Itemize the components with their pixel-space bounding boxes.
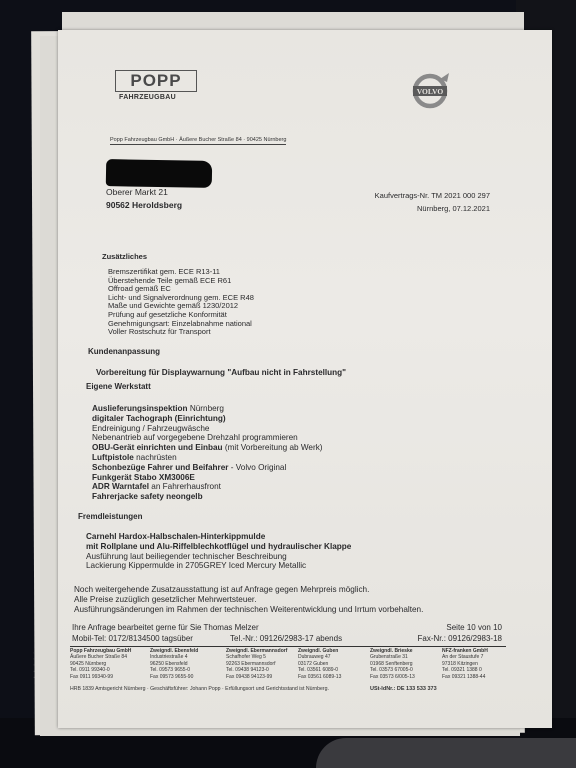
footer-column-line: An der Staustufe 7 [442,654,488,660]
list-item: Fahrerjacke safety neongelb [92,492,323,502]
popp-logo: POPP [115,70,197,92]
footer-column-line: Fax 09573 9655-90 [150,674,198,680]
background-floor [316,738,576,768]
section-title-fremdleistungen: Fremdleistungen [78,512,142,521]
list-item: Ausführung laut beiliegender technischer… [86,552,351,562]
footer-column-line: Fax 09321 1388-44 [442,674,488,680]
fax-number: Fax-Nr.: 09126/2983-18 [418,634,503,643]
place-date: Nürnberg, 07.12.2021 [417,204,490,213]
footer-column-line: Tel. 03573 67005-0 [370,667,415,673]
footer-legal: HRB 1839 Amtsgericht Nürnberg · Geschäft… [70,686,329,692]
list-item: OBU-Gerät einrichten und Einbau (mit Vor… [92,443,323,453]
footer-column-line: Äußere Bucher Straße 84 [70,654,131,660]
footer-column-line: Fax 03573 6/005-13 [370,674,415,680]
footer-column-line: Tel. 03561 6089-0 [298,667,341,673]
list-item: mit Rollplane und Alu-Riffelblechkotflüg… [86,542,351,552]
footer-column: Zweigndl. EbensfeldIndustriestraße 49625… [150,648,198,680]
document-page: ▪ ▪ ▪ ▪ ▪ POPP FAHRZEUGBAU VOLVO Popp Fa… [58,30,552,728]
contract-number: Kaufvertrags-Nr. TM 2021 000 297 [375,191,490,200]
list-item: Auslieferungsinspektion Nürnberg [92,404,323,414]
handled-by: Ihre Anfrage bearbeitet gerne für Sie Th… [72,623,259,632]
section-title-kundenanpassung: Kundenanpassung [88,347,160,356]
list-item: Vorbereitung für Displaywarnung "Aufbau … [96,368,346,378]
svg-text:VOLVO: VOLVO [417,87,444,96]
list-item: Voller Rostschutz für Transport [108,328,254,337]
side-print-mark: ▪ ▪ ▪ ▪ ▪ [31,650,37,679]
footer-column-line: Fax 09438 94123-99 [226,674,287,680]
list-item: Endreinigung / Fahrzeugwäsche [92,424,323,434]
list-item: Nebenantrieb auf vorgegebene Drehzahl pr… [92,433,323,443]
list-item: Ausführungsänderungen im Rahmen der tech… [74,605,423,615]
footer-vat-id: USt-IdNr.: DE 133 533 373 [370,686,437,692]
list-item: Funkgerät Stabo XM3006E [92,473,323,483]
list-item: ADR Warntafel an Fahrerhausfront [92,482,323,492]
footer-column: Zweigndl. GubenDubrauweg 4703172 GubenTe… [298,648,341,680]
popp-logo-subtitle: FAHRZEUGBAU [119,94,176,101]
footer-column: Zweigndl. BrieskeGrubenstraße 3101968 Se… [370,648,415,680]
list-fremdleistungen: Carnehl Hardox-Halbschalen-Hinterkippmul… [86,532,351,571]
footer-column: NFZ-franken GmbHAn der Staustufe 797318 … [442,648,488,680]
list-kundenanpassung: Vorbereitung für Displaywarnung "Aufbau … [96,368,346,378]
contact-block: Ihre Anfrage bearbeitet gerne für Sie Th… [72,623,502,645]
section-title-eigene-werkstatt: Eigene Werkstatt [86,382,151,391]
mobile-phone: Mobil-Tel: 0172/8134500 tagsüber [72,634,193,643]
footer-column-line: Fax 0911 99340-99 [70,674,131,680]
list-zusaetzliches: Bremszertifikat gem. ECE R13-11Überstehe… [108,268,254,337]
list-item: Lackierung Kippermulde in 2705GREY Iced … [86,561,351,571]
redacted-recipient-name [106,159,212,188]
footer-column: Zweigndl. EbermannsdorfSchafhofer Weg 59… [226,648,287,680]
page-number: Seite 10 von 10 [446,623,502,632]
footer-column-line: Tel. 09321 1388 0 [442,667,488,673]
list-item: Luftpistole nachrüsten [92,453,323,463]
list-item: Alle Preise zuzüglich gesetzlicher Mehrw… [74,595,423,605]
recipient-street: Oberer Markt 21 [106,187,168,197]
section-title-zusaetzliches: Zusätzliches [102,252,147,261]
phone-number: Tel.-Nr.: 09126/2983-17 abends [230,634,342,643]
footer-column-line: Fax 03561 6089-13 [298,674,341,680]
footer-column: Popp Fahrzeugbau GmbHÄußere Bucher Straß… [70,648,131,680]
sender-address-line: Popp Fahrzeugbau GmbH · Äußere Bucher St… [110,137,286,145]
list-item: Schonbezüge Fahrer und Beifahrer - Volvo… [92,463,323,473]
list-item: digitaler Tachograph (Einrichtung) [92,414,323,424]
list-item: Noch weitergehende Zusatzausstattung ist… [74,585,423,595]
recipient-city: 90562 Heroldsberg [106,200,182,210]
footer-divider [70,646,506,647]
list-eigene-werkstatt: Auslieferungsinspektion Nürnbergdigitale… [92,404,323,502]
volvo-logo-icon: VOLVO [410,70,454,110]
list-item: Carnehl Hardox-Halbschalen-Hinterkippmul… [86,532,351,542]
notes-block: Noch weitergehende Zusatzausstattung ist… [74,585,423,614]
